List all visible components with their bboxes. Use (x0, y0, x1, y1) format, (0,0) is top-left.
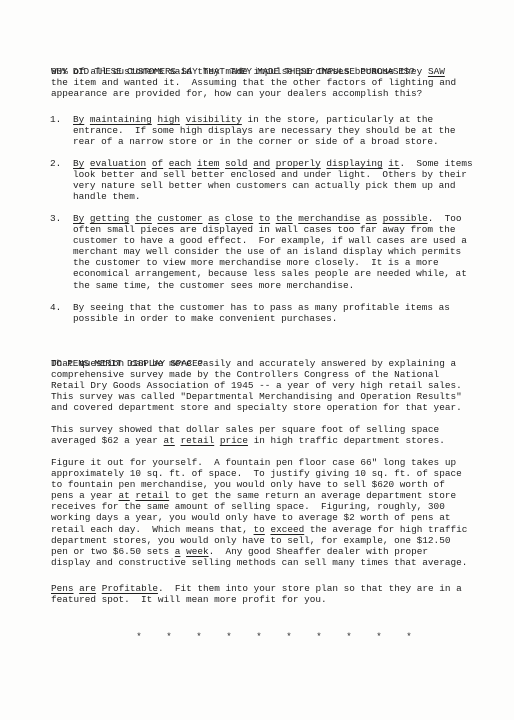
text-line: retail each day. Which means that, to ex… (51, 524, 491, 535)
text-line: By seeing that the customer has to pass … (73, 302, 450, 313)
text-line: This survey showed that dollar sales per… (51, 424, 491, 435)
sales-paragraph: This survey showed that dollar sales per… (51, 424, 491, 446)
text-line: appearance are provided for, how can you… (51, 88, 491, 99)
text-line: comprehensive survey made by the Control… (51, 369, 491, 380)
pens-profitable-paragraph: Pens are Profitable. Fit them into your … (51, 583, 491, 605)
text-line: By evaluation of each item sold and prop… (73, 158, 473, 169)
text-line: very nature sell better when customers c… (73, 180, 473, 191)
text-line: averaged $62 a year at retail price in h… (51, 435, 491, 446)
item-text: By getting the customer as close to the … (73, 213, 467, 291)
asterisk: * (314, 632, 324, 642)
item-number: 4. (50, 302, 61, 313)
text-line: This survey was called "Departmental Mer… (51, 391, 491, 402)
text-line: Pens are Profitable. Fit them into your … (51, 583, 491, 594)
text-line: to fountain pen merchandise, you would o… (51, 479, 491, 490)
text-line: featured spot. It will mean more profit … (51, 594, 491, 605)
figure-it-out-paragraph: Figure it out for yourself. A fountain p… (51, 457, 491, 568)
text-line: the same time, the customer sees more me… (73, 280, 467, 291)
asterisk: * (164, 632, 174, 642)
text-line: receives for the same amount of selling … (51, 501, 491, 512)
text-line: By getting the customer as close to the … (73, 213, 467, 224)
text-line: and covered department store and special… (51, 402, 491, 413)
text-line: rear of a narrow store or in the corner … (73, 136, 456, 147)
item-number: 2. (50, 158, 61, 169)
text-line: customer to have a good effect. For exam… (73, 235, 467, 246)
text-line: working days a year, you would only have… (51, 512, 491, 523)
text-line: often small pieces are displayed in wall… (73, 224, 467, 235)
asterisk: * (194, 632, 204, 642)
text-line: look better and sell better enclosed and… (73, 169, 473, 180)
intro-paragraph: 90% of all customers said they made impu… (51, 66, 491, 99)
text-line: entrance. If some high displays are nece… (73, 125, 456, 136)
item-text: By maintaining high visibility in the st… (73, 114, 456, 147)
text-line: merchant may well consider the use of an… (73, 246, 467, 257)
text-line: pens a year at retail to get the same re… (51, 490, 491, 501)
text-line: That question can be more easily and acc… (51, 358, 491, 369)
text-line: pen or two $6.50 sets a week. Any good S… (51, 546, 491, 557)
asterisk: * (344, 632, 354, 642)
item-text: By seeing that the customer has to pass … (73, 302, 450, 324)
asterisk: * (134, 632, 144, 642)
text-line: Figure it out for yourself. A fountain p… (51, 457, 491, 468)
text-line: display and constructive selling methods… (51, 557, 491, 568)
text-line: the customer to view more merchandise mo… (73, 257, 467, 268)
text-line: the item and wanted it. Assuming that th… (51, 77, 491, 88)
text-line: 90% of all customers said they made impu… (51, 66, 491, 77)
document-page: WHY DID THESE CUSTOMERS SAY THAT THEY MA… (0, 0, 514, 720)
asterisk: * (374, 632, 384, 642)
text-line: By maintaining high visibility in the st… (73, 114, 456, 125)
asterisk: * (254, 632, 264, 642)
separator-asterisks: ********** (134, 632, 414, 642)
text-line: possible in order to make convenient pur… (73, 313, 450, 324)
text-line: department stores, you would only have t… (51, 535, 491, 546)
survey-paragraph: That question can be more easily and acc… (51, 358, 491, 413)
text-line: Retail Dry Goods Association of 1945 -- … (51, 380, 491, 391)
item-number: 1. (50, 114, 61, 125)
text-line: economical arrangement, because less sal… (73, 268, 467, 279)
item-text: By evaluation of each item sold and prop… (73, 158, 473, 202)
item-number: 3. (50, 213, 61, 224)
text-line: approximately 10 sq. ft. of space. To ju… (51, 468, 491, 479)
text-line: handle them. (73, 191, 473, 202)
asterisk: * (224, 632, 234, 642)
asterisk: * (284, 632, 294, 642)
asterisk: * (404, 632, 414, 642)
